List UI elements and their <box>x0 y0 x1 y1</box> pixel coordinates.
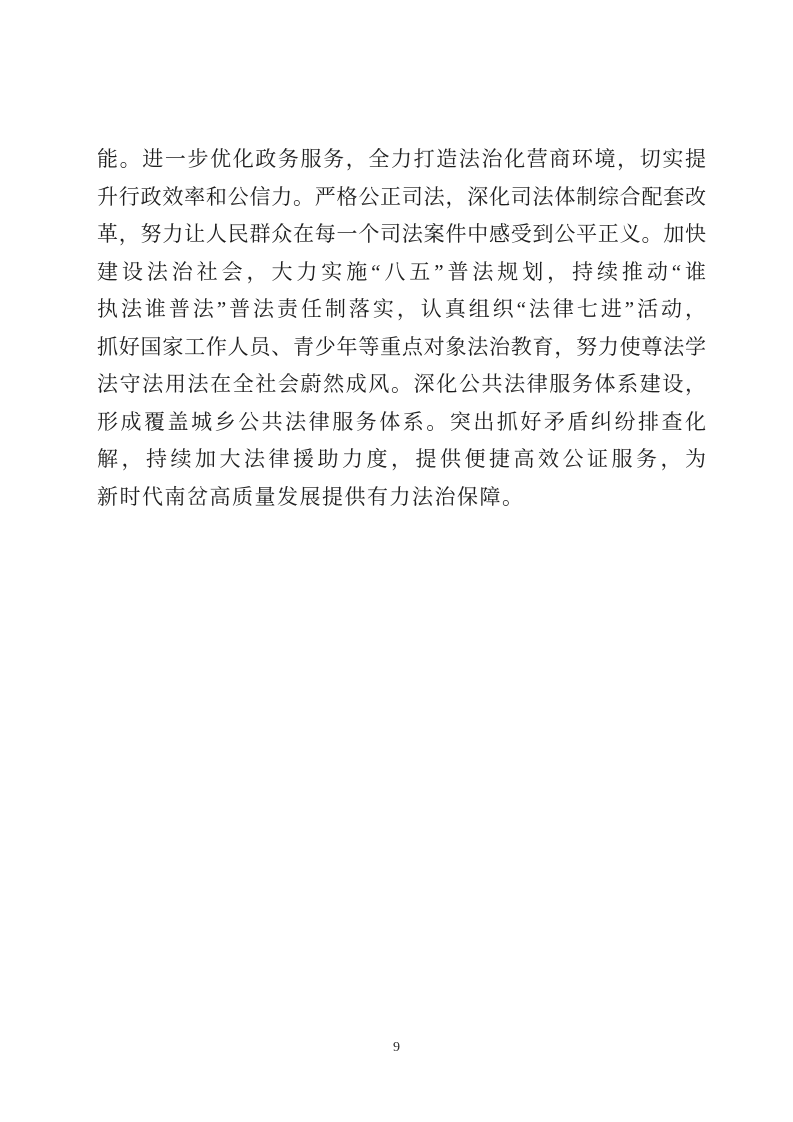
page-number: 9 <box>393 1040 400 1055</box>
text-line: 抓好国家工作人员、青少年等重点对象法治教育，努力使尊法学 <box>97 329 706 367</box>
text-line: 革，努力让人民群众在每一个司法案件中感受到公平正义。加快 <box>97 216 706 254</box>
page-footer: 9 <box>0 1038 793 1056</box>
document-page: 能。进一步优化政务服务，全力打造法治化营商环境，切实提 升行政效率和公信力。严格… <box>0 0 793 1122</box>
text-line: 升行政效率和公信力。严格公正司法，深化司法体制综合配套改 <box>97 179 706 217</box>
text-line: 形成覆盖城乡公共法律服务体系。突出抓好矛盾纠纷排查化 <box>97 404 706 442</box>
text-line: 能。进一步优化政务服务，全力打造法治化营商环境，切实提 <box>97 141 706 179</box>
text-line: 新时代南岔高质量发展提供有力法治保障。 <box>97 479 706 517</box>
text-line: 解，持续加大法律援助力度，提供便捷高效公证服务，为 <box>97 441 706 479</box>
text-line: 法守法用法在全社会蔚然成风。深化公共法律服务体系建设， <box>97 366 706 404</box>
text-line: 建设法治社会，大力实施“八五”普法规划，持续推动“谁 <box>97 254 706 292</box>
text-line: 执法谁普法”普法责任制落实，认真组织“法律七进”活动， <box>97 291 706 329</box>
body-paragraph: 能。进一步优化政务服务，全力打造法治化营商环境，切实提 升行政效率和公信力。严格… <box>97 141 706 516</box>
